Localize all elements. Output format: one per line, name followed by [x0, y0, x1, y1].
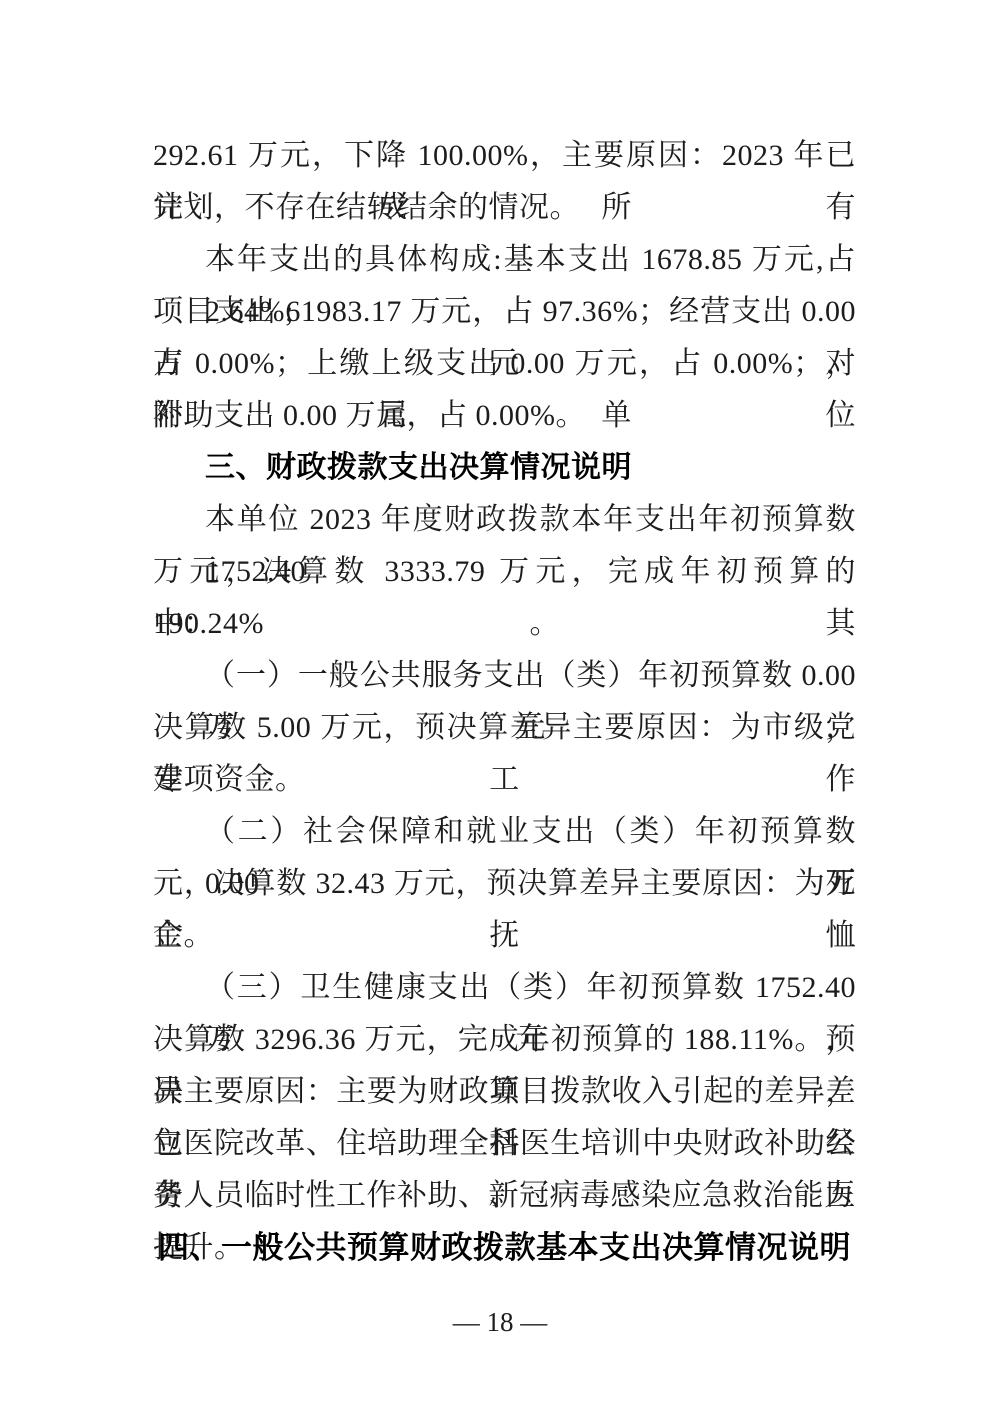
- section-heading: 三、财政拨款支出决算情况说明: [153, 442, 856, 494]
- page-number: — 18 —: [0, 1302, 1000, 1342]
- document-body: 292.61 万元，下降 100.00%，主要原因：2023 年已完成所有计划，…: [153, 130, 856, 1274]
- text-line: 务人员临时性工作补助、新冠病毒感染应急救治能力提升。: [153, 1170, 856, 1222]
- text-line: 决算数 3296.36 万元，完成年初预算的 188.11%。预决算差: [153, 1014, 856, 1066]
- text-line: 本年支出的具体构成:基本支出 1678.85 万元,占 2.64%;: [153, 234, 856, 286]
- text-line: 立医院改革、住培助理全科医生培训中央财政补助经费、医: [153, 1118, 856, 1170]
- section-heading: 四、一般公共预算财政拨款基本支出决算情况说明: [153, 1222, 856, 1274]
- text-line: （三）卫生健康支出（类）年初预算数 1752.40 万元，: [153, 962, 856, 1014]
- text-line: 决算数 5.00 万元，预决算差异主要原因：为市级党建工作: [153, 702, 856, 754]
- text-line: 292.61 万元，下降 100.00%，主要原因：2023 年已完成所有: [153, 130, 856, 182]
- text-line: 项目支出 61983.17 万元，占 97.36%；经营支出 0.00 万元，: [153, 286, 856, 338]
- text-line: 元，决算数 32.43 万元，预决算差异主要原因：为死亡抚恤: [153, 858, 856, 910]
- text-line: 占 0.00%；上缴上级支出 0.00 万元，占 0.00%；对附属单位: [153, 338, 856, 390]
- text-line: （一）一般公共服务支出（类）年初预算数 0.00 万元，: [153, 650, 856, 702]
- text-line: 万元，决算数 3333.79 万元，完成年初预算的 190.24%。其: [153, 546, 856, 598]
- text-line: 本单位 2023 年度财政拨款本年支出年初预算数 1752.40: [153, 494, 856, 546]
- document-page: 292.61 万元，下降 100.00%，主要原因：2023 年已完成所有计划，…: [0, 0, 1000, 1414]
- text-line: （二）社会保障和就业支出（类）年初预算数 0.00 万: [153, 806, 856, 858]
- text-line: 异主要原因：主要为财政项目拨款收入引起的差异，包括公: [153, 1066, 856, 1118]
